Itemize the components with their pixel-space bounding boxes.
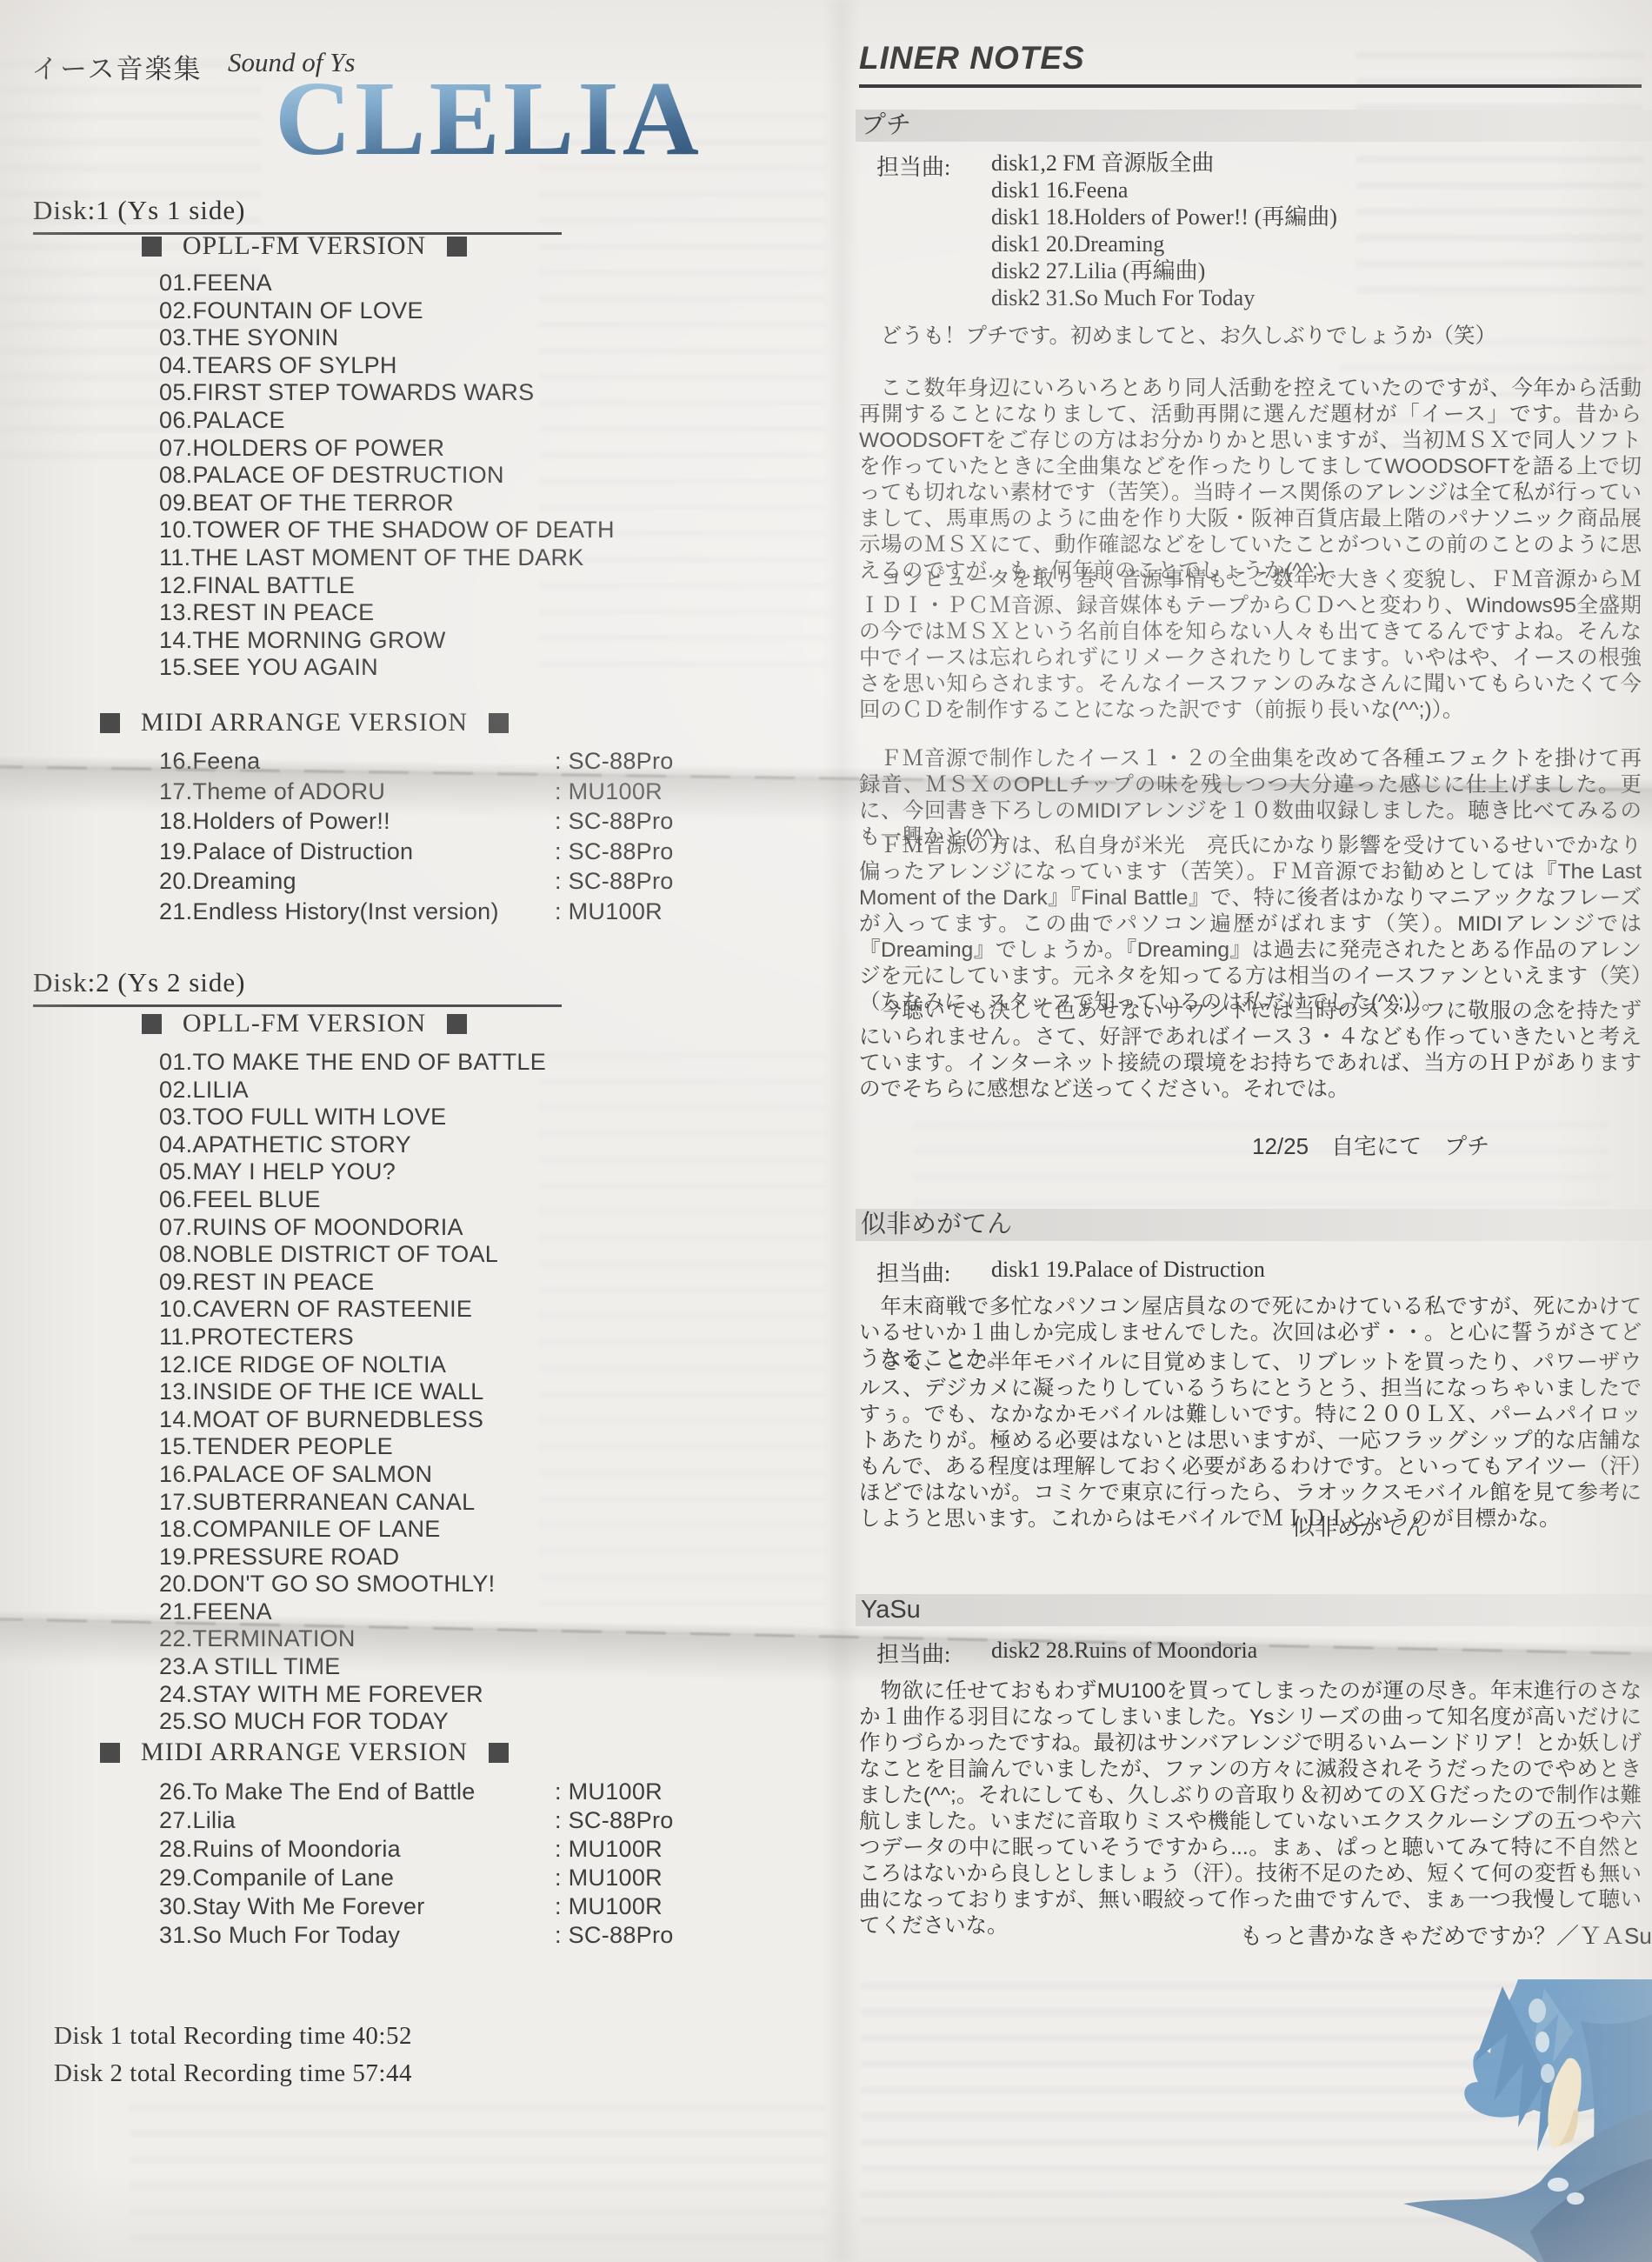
track-title: 11.THE LAST MOMENT OF THE DARK [159, 544, 584, 571]
track-title: 05.MAY I HELP YOU? [159, 1158, 396, 1184]
track-device: : SC-88Pro [555, 837, 674, 867]
credits-label: 担当曲: [876, 1256, 950, 1288]
track-row: 04.TEARS OF SYLPH [159, 352, 615, 380]
track-title: 12.ICE RIDGE OF NOLTIA [159, 1351, 446, 1378]
track-row: 15.SEE YOU AGAIN [159, 654, 615, 682]
scanned-liner-notes-page: イース音楽集 Sound of Ys CLELIA Disk:1 (Ys 1 s… [0, 0, 1652, 2262]
track-device: : SC-88Pro [555, 1921, 674, 1950]
track-title: 07.HOLDERS OF POWER [159, 435, 444, 461]
disk2-total-time: Disk 2 total Recording time 57:44 [54, 2055, 412, 2092]
track-device: : SC-88Pro [555, 806, 674, 837]
track-row: 17.Theme of ADORU: MU100R [159, 777, 820, 807]
credit-line: disk1,2 FM 音源版全曲 [991, 150, 1337, 177]
recording-totals: Disk 1 total Recording time 40:52 Disk 2… [54, 2018, 412, 2092]
track-row: 16.Feena: SC-88Pro [159, 746, 820, 777]
track-device: : MU100R [555, 1835, 663, 1864]
disk2-midi-track-list: 26.To Make The End of Battle: MU100R27.L… [159, 1778, 820, 1950]
credit-line: disk1 16.Feena [991, 177, 1337, 204]
track-device: : MU100R [555, 897, 663, 927]
track-row: 21.Endless History(Inst version): MU100R [159, 897, 820, 927]
credits-list: disk2 28.Ruins of Moondoria [991, 1637, 1257, 1664]
track-row: 04.APATHETIC STORY [159, 1131, 546, 1159]
liner-paragraph: ＦＭ音源の方は、私自身が米光 亮氏にかなり影響を受けているせいでかなり偏ったアレ… [859, 833, 1642, 1016]
track-title: 27.Lilia [159, 1807, 236, 1833]
track-row: 06.PALACE [159, 407, 615, 435]
section-signature: もっと書かなきゃだめですか？／ＹＡSu [1240, 1918, 1652, 1951]
track-row: 19.Palace of Distruction: SC-88Pro [159, 837, 820, 867]
track-row: 15.TENDER PEOPLE [159, 1433, 546, 1461]
track-row: 08.NOBLE DISTRICT OF TOAL [159, 1241, 546, 1269]
track-row: 09.REST IN PEACE [159, 1269, 546, 1297]
square-bullet-icon [142, 1014, 162, 1034]
section-header-label: MIDI ARRANGE VERSION [141, 1738, 468, 1767]
track-title: 08.NOBLE DISTRICT OF TOAL [159, 1241, 498, 1267]
square-bullet-icon [447, 237, 467, 257]
disk2-midi-section-header: MIDI ARRANGE VERSION [61, 1738, 548, 1767]
track-row: 14.THE MORNING GROW [159, 627, 615, 655]
album-title: CLELIA [275, 61, 703, 177]
track-title: 12.FINAL BATTLE [159, 572, 355, 598]
track-row: 11.THE LAST MOMENT OF THE DARK [159, 544, 615, 572]
track-title: 19.PRESSURE ROAD [159, 1544, 399, 1570]
disk1-total-time: Disk 1 total Recording time 40:52 [54, 2018, 412, 2055]
track-row: 24.STAY WITH ME FOREVER [159, 1681, 546, 1709]
track-title: 18.Holders of Power!! [159, 808, 390, 834]
track-title: 03.THE SYONIN [159, 324, 338, 350]
section-header-label: OPLL-FM VERSION [183, 1009, 426, 1038]
credit-line: disk2 28.Ruins of Moondoria [991, 1637, 1257, 1664]
track-title: 10.CAVERN OF RASTEENIE [159, 1296, 472, 1322]
track-title: 29.Companile of Lane [159, 1865, 394, 1891]
track-title: 14.MOAT OF BURNEDBLESS [159, 1406, 483, 1432]
track-row: 20.DON'T GO SO SMOOTHLY! [159, 1571, 546, 1598]
square-bullet-icon [447, 1014, 467, 1034]
track-row: 05.FIRST STEP TOWARDS WARS [159, 379, 615, 407]
track-title: 30.Stay With Me Forever [159, 1893, 425, 1919]
track-title: 07.RUINS OF MOONDORIA [159, 1214, 463, 1240]
track-title: 16.PALACE OF SALMON [159, 1461, 432, 1487]
track-row: 19.PRESSURE ROAD [159, 1544, 546, 1571]
track-title: 25.SO MUCH FOR TODAY [159, 1708, 449, 1734]
track-title: 17.SUBTERRANEAN CANAL [159, 1489, 475, 1515]
track-title: 02.LILIA [159, 1077, 249, 1103]
track-title: 23.A STILL TIME [159, 1653, 341, 1679]
series-title: イース音楽集 [31, 47, 202, 86]
track-title: 16.Feena [159, 748, 261, 774]
track-row: 23.A STILL TIME [159, 1653, 546, 1681]
track-row: 20.Dreaming: SC-88Pro [159, 866, 820, 897]
track-title: 09.REST IN PEACE [159, 1269, 374, 1295]
track-title: 10.TOWER OF THE SHADOW OF DEATH [159, 517, 615, 543]
page-fold-gutter [824, 0, 859, 2262]
track-title: 26.To Make The End of Battle [159, 1778, 476, 1805]
track-row: 02.LILIA [159, 1077, 546, 1104]
track-row: 27.Lilia: SC-88Pro [159, 1806, 820, 1835]
liner-paragraph: コンピュータを取り巻く音源事情もここ数年で大きく変貌し、ＦＭ音源からＭＩＤＩ・Ｐ… [859, 567, 1642, 724]
track-title: 01.FEENA [159, 270, 272, 296]
track-row: 26.To Make The End of Battle: MU100R [159, 1778, 820, 1806]
liner-paragraph: さて、ここ半年モバイルに目覚めまして、リブレットを買ったり、パワーザウルス、デジ… [859, 1350, 1642, 1532]
track-row: 07.RUINS OF MOONDORIA [159, 1214, 546, 1242]
track-title: 15.TENDER PEOPLE [159, 1433, 393, 1459]
track-title: 20.DON'T GO SO SMOOTHLY! [159, 1571, 495, 1597]
track-device: : MU100R [555, 777, 663, 807]
square-bullet-icon [489, 713, 509, 733]
track-device: : SC-88Pro [555, 746, 674, 777]
track-row: 22.TERMINATION [159, 1625, 546, 1653]
section-header-puchi: プチ [856, 110, 1652, 142]
track-title: 03.TOO FULL WITH LOVE [159, 1104, 446, 1130]
track-device: : MU100R [555, 1778, 663, 1806]
disk2-fm-section-header: OPLL-FM VERSION [61, 1009, 548, 1038]
track-row: 03.THE SYONIN [159, 324, 615, 352]
track-row: 06.FEEL BLUE [159, 1186, 546, 1214]
track-title: 20.Dreaming [159, 868, 296, 894]
track-title: 13.REST IN PEACE [159, 599, 374, 625]
credits-list: disk1,2 FM 音源版全曲disk1 16.Feenadisk1 18.H… [991, 150, 1337, 311]
section-header-yasu: YaSu [856, 1594, 1652, 1626]
square-bullet-icon [100, 713, 120, 733]
bleedthrough-artifact [539, 1052, 826, 1644]
track-device: : MU100R [555, 1892, 663, 1921]
track-row: 02.FOUNTAIN OF LOVE [159, 297, 615, 325]
track-row: 13.INSIDE OF THE ICE WALL [159, 1378, 546, 1406]
disk2-heading: Disk:2 (Ys 2 side) [33, 967, 562, 1007]
bleedthrough-artifact [1356, 52, 1643, 313]
track-title: 18.COMPANILE OF LANE [159, 1516, 441, 1542]
credits-label: 担当曲: [876, 1637, 950, 1669]
section-signature: 似非めがてん [1292, 1510, 1428, 1542]
track-row: 30.Stay With Me Forever: MU100R [159, 1892, 820, 1921]
track-row: 01.TO MAKE THE END OF BATTLE [159, 1049, 546, 1077]
track-title: 13.INSIDE OF THE ICE WALL [159, 1378, 484, 1405]
section-signature: 12/25 自宅にて プチ [1252, 1129, 1489, 1161]
track-title: 06.PALACE [159, 407, 285, 433]
disk1-midi-section-header: MIDI ARRANGE VERSION [61, 708, 548, 737]
track-title: 19.Palace of Distruction [159, 838, 413, 864]
track-title: 15.SEE YOU AGAIN [159, 654, 378, 680]
track-title: 21.FEENA [159, 1598, 272, 1625]
credits-label: 担当曲: [876, 150, 950, 182]
square-bullet-icon [489, 1743, 509, 1763]
track-row: 28.Ruins of Moondoria: MU100R [159, 1835, 820, 1864]
track-row: 03.TOO FULL WITH LOVE [159, 1104, 546, 1131]
square-bullet-icon [100, 1743, 120, 1763]
track-title: 22.TERMINATION [159, 1625, 356, 1651]
track-row: 08.PALACE OF DESTRUCTION [159, 462, 615, 490]
liner-paragraph: ここ数年身辺にいろいろとあり同人活動を控えていたのですが、今年から活動再開するこ… [859, 376, 1642, 584]
character-illustration [1388, 1979, 1652, 2262]
liner-paragraph: 今聴いても決して色あせないサウンドには当時のスタッフに敬服の念を持たずにいられま… [859, 998, 1642, 1103]
track-row: 29.Companile of Lane: MU100R [159, 1864, 820, 1892]
track-row: 16.PALACE OF SALMON [159, 1461, 546, 1489]
liner-notes-title: LINER NOTES [859, 40, 1642, 88]
track-row: 14.MOAT OF BURNEDBLESS [159, 1406, 546, 1434]
disk1-fm-section-header: OPLL-FM VERSION [61, 231, 548, 261]
credit-line: disk2 27.Lilia (再編曲) [991, 257, 1337, 284]
track-title: 05.FIRST STEP TOWARDS WARS [159, 379, 534, 405]
track-row: 10.TOWER OF THE SHADOW OF DEATH [159, 517, 615, 544]
track-row: 05.MAY I HELP YOU? [159, 1158, 546, 1186]
track-title: 21.Endless History(Inst version) [159, 898, 499, 924]
track-title: 14.THE MORNING GROW [159, 627, 446, 653]
track-title: 24.STAY WITH ME FOREVER [159, 1681, 483, 1707]
track-title: 11.PROTECTERS [159, 1324, 354, 1350]
track-row: 09.BEAT OF THE TERROR [159, 490, 615, 517]
section-header-label: MIDI ARRANGE VERSION [141, 708, 468, 737]
track-device: : SC-88Pro [555, 866, 674, 897]
track-row: 12.ICE RIDGE OF NOLTIA [159, 1351, 546, 1379]
track-row: 11.PROTECTERS [159, 1324, 546, 1351]
liner-paragraph: 物欲に任せておもわずMU100を買ってしまったのが運の尽き。年末進行のさなか１曲… [859, 1678, 1642, 1939]
disk1-heading: Disk:1 (Ys 1 side) [33, 195, 562, 235]
track-row: 07.HOLDERS OF POWER [159, 435, 615, 463]
credit-line: disk2 31.So Much For Today [991, 284, 1337, 311]
credit-line: disk1 18.Holders of Power!! (再編曲) [991, 204, 1337, 230]
track-row: 21.FEENA [159, 1598, 546, 1626]
disk2-fm-track-list: 01.TO MAKE THE END OF BATTLE02.LILIA03.T… [159, 1049, 546, 1736]
track-row: 18.Holders of Power!!: SC-88Pro [159, 806, 820, 837]
track-device: : SC-88Pro [555, 1806, 674, 1835]
track-title: 04.TEARS OF SYLPH [159, 352, 397, 378]
square-bullet-icon [142, 237, 162, 257]
credit-line: disk1 19.Palace of Distruction [991, 1256, 1265, 1283]
track-title: 17.Theme of ADORU [159, 778, 385, 804]
track-title: 04.APATHETIC STORY [159, 1131, 411, 1158]
track-title: 08.PALACE OF DESTRUCTION [159, 462, 504, 488]
track-device: : MU100R [555, 1864, 663, 1892]
track-row: 10.CAVERN OF RASTEENIE [159, 1296, 546, 1324]
track-title: 28.Ruins of Moondoria [159, 1836, 401, 1862]
track-title: 09.BEAT OF THE TERROR [159, 490, 454, 516]
track-row: 17.SUBTERRANEAN CANAL [159, 1489, 546, 1517]
track-row: 18.COMPANILE OF LANE [159, 1516, 546, 1544]
section-header-label: OPLL-FM VERSION [183, 231, 426, 261]
track-title: 06.FEEL BLUE [159, 1186, 321, 1212]
track-title: 02.FOUNTAIN OF LOVE [159, 297, 423, 324]
liner-paragraph: どうも！プチです。初めましてと、お久しぶりでしょうか（笑） [859, 324, 1642, 350]
track-row: 25.SO MUCH FOR TODAY [159, 1708, 546, 1736]
credit-line: disk1 20.Dreaming [991, 230, 1337, 257]
track-row: 31.So Much For Today: SC-88Pro [159, 1921, 820, 1950]
disk1-fm-track-list: 01.FEENA02.FOUNTAIN OF LOVE03.THE SYONIN… [159, 270, 615, 682]
bleedthrough-artifact [130, 2105, 826, 2252]
track-row: 12.FINAL BATTLE [159, 572, 615, 600]
credits-list: disk1 19.Palace of Distruction [991, 1256, 1265, 1283]
disk1-midi-track-list: 16.Feena: SC-88Pro17.Theme of ADORU: MU1… [159, 746, 820, 926]
section-header-esemegaten: 似非めがてん [856, 1209, 1652, 1241]
track-title: 01.TO MAKE THE END OF BATTLE [159, 1049, 546, 1075]
track-row: 01.FEENA [159, 270, 615, 297]
track-title: 31.So Much For Today [159, 1922, 400, 1948]
track-row: 13.REST IN PEACE [159, 599, 615, 627]
